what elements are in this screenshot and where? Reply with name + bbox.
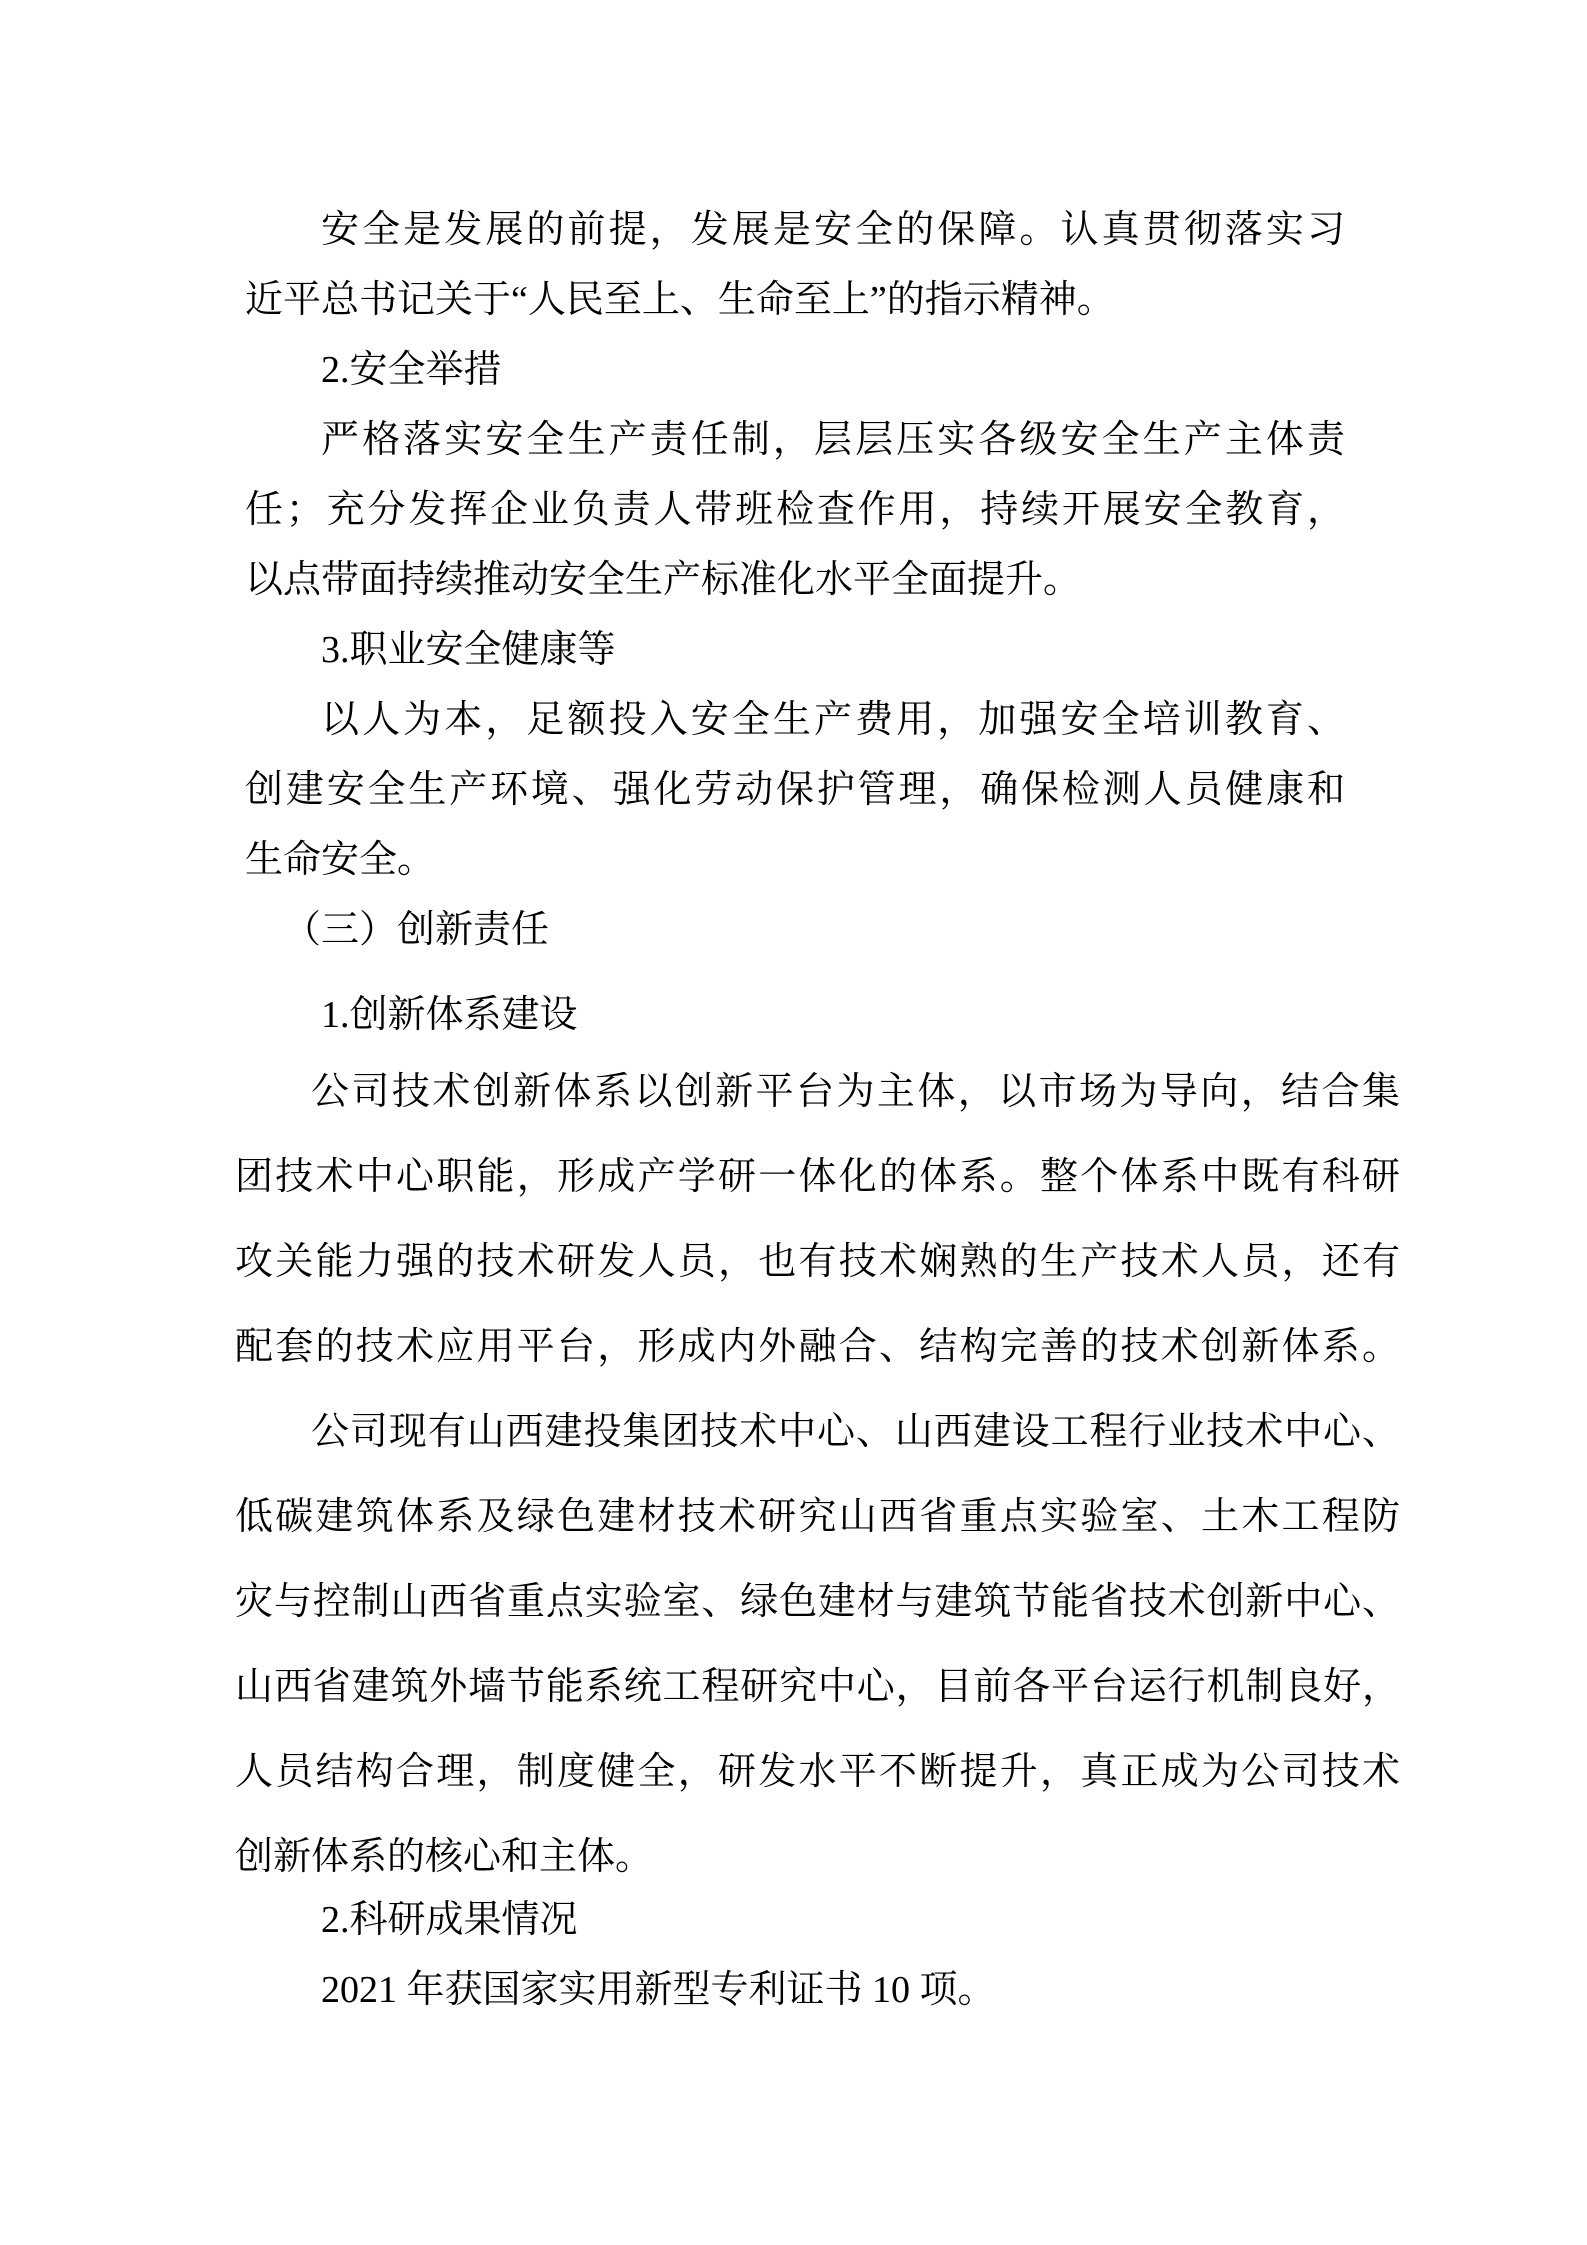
paragraph-line: 配套的技术应用平台，形成内外融合、结构完善的技术创新体系。 [235, 1305, 1400, 1390]
paragraph-line: 安全是发展的前提，发展是安全的保障。认真贯彻落实习 [245, 195, 1345, 265]
numbered-heading: 2.科研成果情况 [245, 1885, 1345, 1955]
section-research-results: 2.科研成果情况 2021 年获国家实用新型专利证书 10 项。 [245, 1885, 1345, 2025]
paragraph-line: 攻关能力强的技术研发人员，也有技术娴熟的生产技术人员，还有 [235, 1220, 1400, 1305]
paragraph-line: 低碳建筑体系及绿色建材技术研究山西省重点实验室、土木工程防 [235, 1475, 1400, 1560]
section-innovation-responsibility: 公司技术创新体系以创新平台为主体，以市场为导向，结合集 团技术中心职能，形成产学… [235, 1050, 1400, 1900]
paragraph-line: 人员结构合理，制度健全，研发水平不断提升，真正成为公司技术 [235, 1730, 1400, 1815]
paragraph-line: 公司技术创新体系以创新平台为主体，以市场为导向，结合集 [235, 1050, 1400, 1135]
paragraph-line: 灾与控制山西省重点实验室、绿色建材与建筑节能省技术创新中心、 [235, 1560, 1400, 1645]
document-page: 安全是发展的前提，发展是安全的保障。认真贯彻落实习 近平总书记关于“人民至上、生… [0, 0, 1587, 2245]
section-safety-responsibility: 安全是发展的前提，发展是安全的保障。认真贯彻落实习 近平总书记关于“人民至上、生… [245, 195, 1345, 1050]
paragraph-line: 2021 年获国家实用新型专利证书 10 项。 [245, 1955, 1345, 2025]
numbered-heading: 3.职业安全健康等 [245, 615, 1345, 685]
paragraph-line: 创建安全生产环境、强化劳动保护管理，确保检测人员健康和 [245, 755, 1345, 825]
numbered-heading: 1.创新体系建设 [245, 980, 1345, 1050]
paragraph-line: 团技术中心职能，形成产学研一体化的体系。整个体系中既有科研 [235, 1135, 1400, 1220]
paragraph-line: 任；充分发挥企业负责人带班检查作用，持续开展安全教育， [245, 475, 1345, 545]
paragraph-line: 严格落实安全生产责任制，层层压实各级安全生产主体责 [245, 405, 1345, 475]
numbered-heading: 2.安全举措 [245, 335, 1345, 405]
paragraph-line: 以点带面持续推动安全生产标准化水平全面提升。 [245, 545, 1345, 615]
paragraph-line: 公司现有山西建投集团技术中心、山西建设工程行业技术中心、 [235, 1390, 1400, 1475]
paragraph-line: 以人为本，足额投入安全生产费用，加强安全培训教育、 [245, 685, 1345, 755]
section-heading: （三）创新责任 [245, 895, 1345, 965]
paragraph-line: 生命安全。 [245, 825, 1345, 895]
paragraph-line: 近平总书记关于“人民至上、生命至上”的指示精神。 [245, 265, 1345, 335]
paragraph-line: 山西省建筑外墙节能系统工程研究中心，目前各平台运行机制良好， [235, 1645, 1400, 1730]
